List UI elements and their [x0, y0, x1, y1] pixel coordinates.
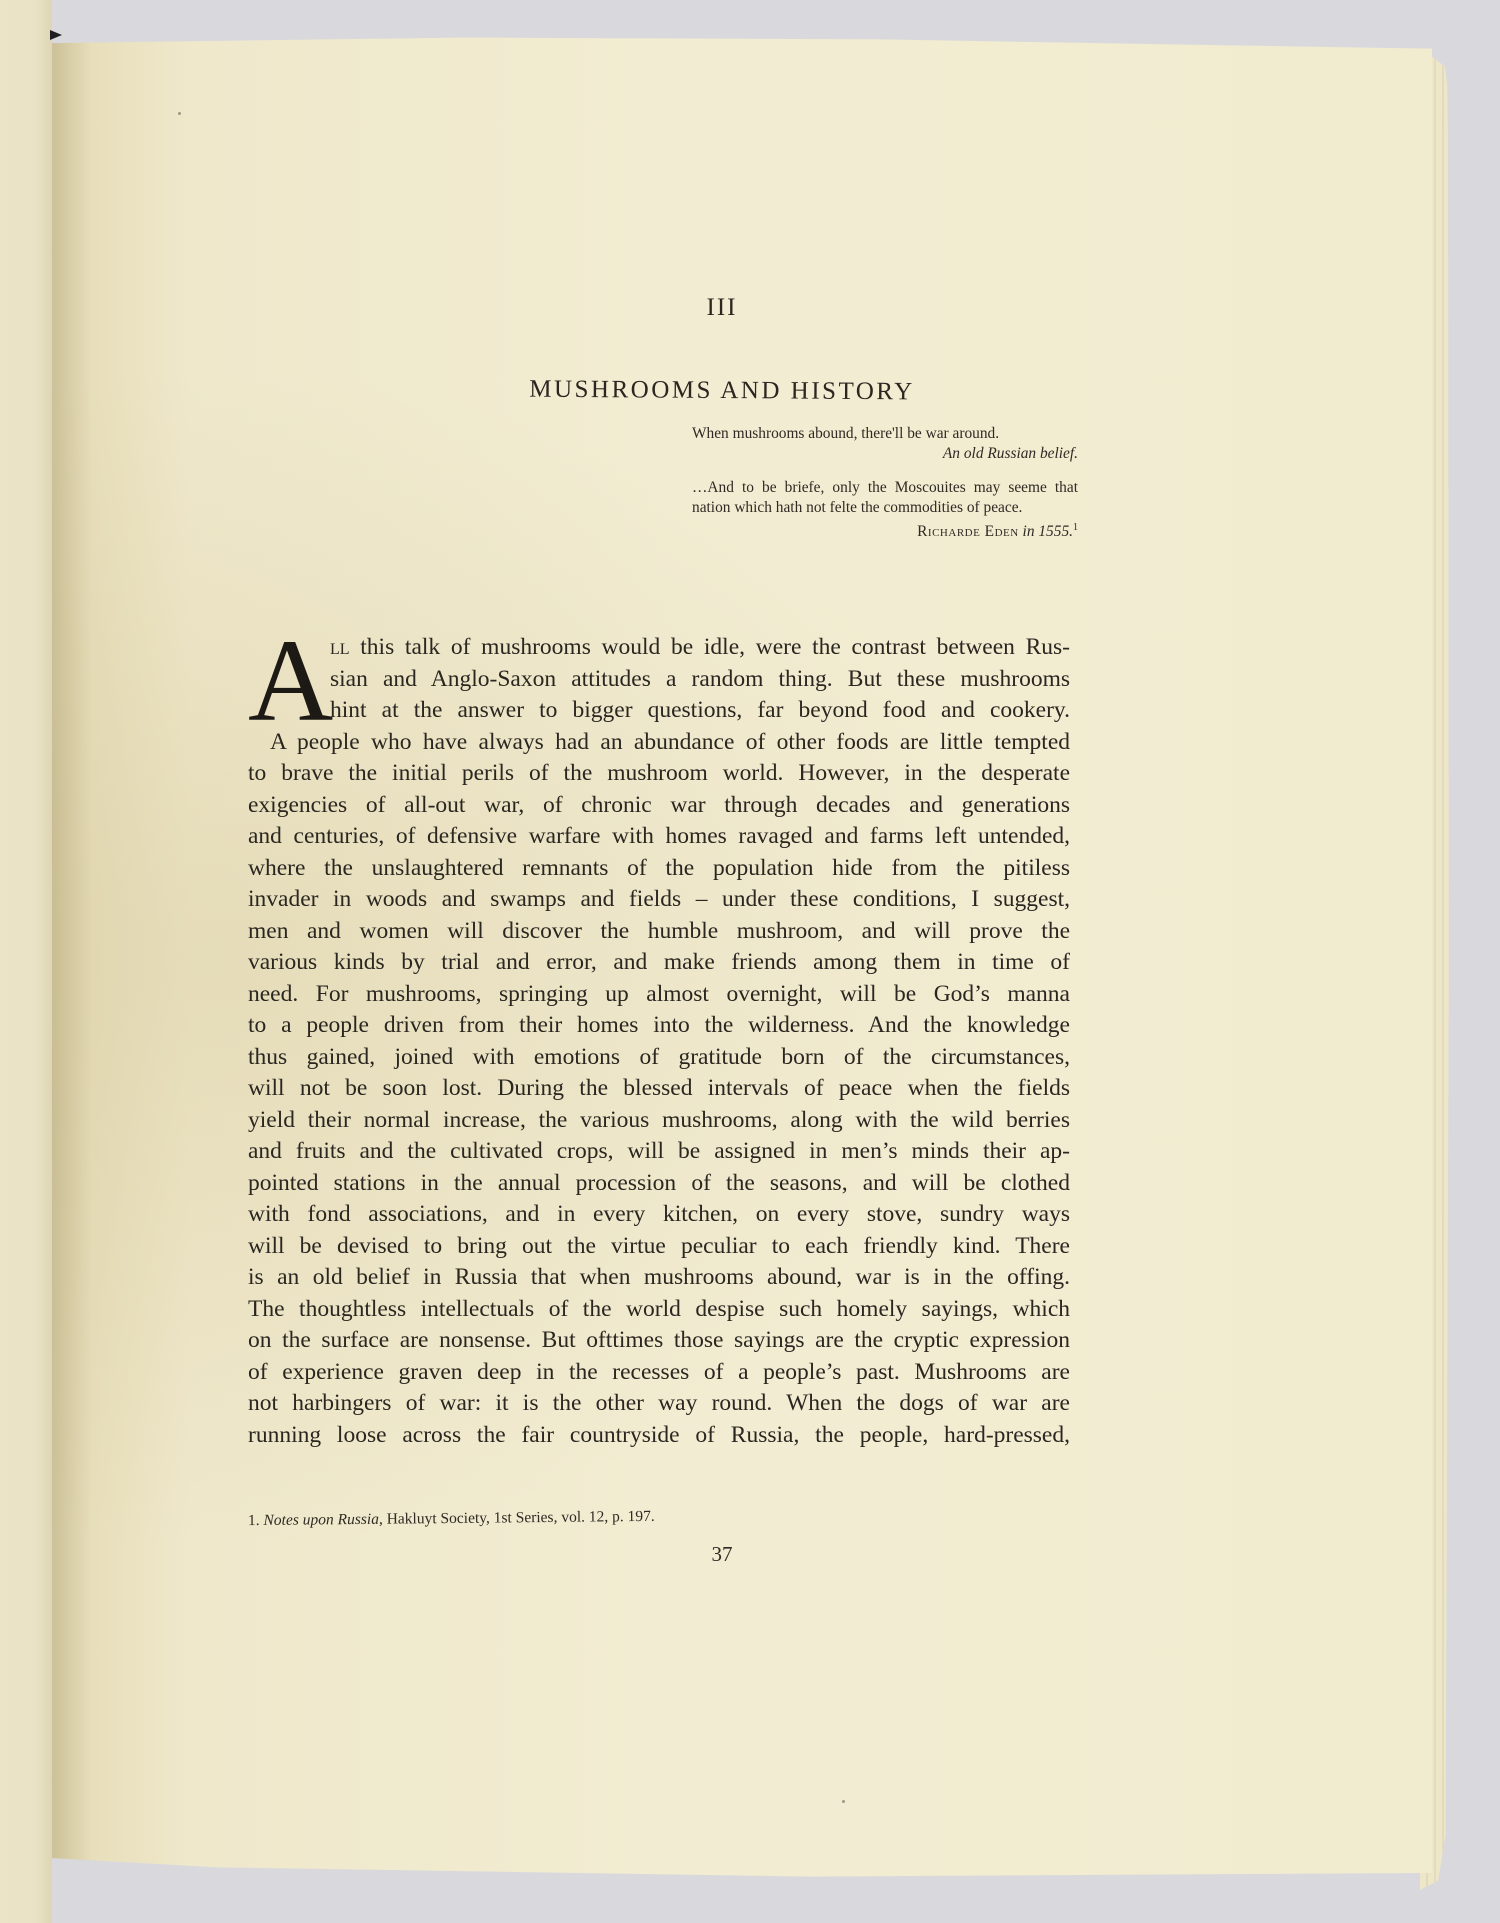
body-line: and centuries, of defensive warfare with… — [248, 821, 1070, 853]
body-line: pointed stations in the annual processio… — [248, 1168, 1070, 1200]
previous-page-edge — [0, 0, 52, 1923]
body-line: sian and Anglo-Saxon attitudes a random … — [248, 664, 1070, 696]
body-line: various kinds by trial and error, and ma… — [248, 947, 1070, 979]
paper-speck — [178, 112, 181, 115]
book-cover-corner — [50, 30, 62, 40]
body-line: A people who have always had an abundanc… — [248, 727, 1070, 759]
body-line: thus gained, joined with emotions of gra… — [248, 1042, 1070, 1074]
epigraph-quote-2-line: …And to be briefe, only the Moscouites m… — [692, 479, 1047, 496]
body-line: will not be soon lost. During the blesse… — [248, 1073, 1070, 1105]
body-line: not harbingers of war: it is the other w… — [248, 1388, 1070, 1420]
epigraph-attribution-2: Richarde Eden in 1555.1 — [692, 518, 1078, 542]
paper-speck — [842, 1800, 845, 1803]
book-page: III Mushrooms and History When mushrooms… — [52, 32, 1432, 1884]
body-line: hint at the answer to bigger questions, … — [248, 695, 1070, 727]
footnote-reference[interactable]: 1 — [1073, 522, 1078, 533]
body-line: where the unslaughtered remnants of the … — [248, 853, 1070, 885]
body-line: to brave the initial perils of the mushr… — [248, 758, 1070, 790]
attribution-year: in 1555. — [1023, 523, 1073, 540]
body-line: will be devised to bring out the virtue … — [248, 1231, 1070, 1263]
epigraph-quote-2: …And to be briefe, only the Moscouites m… — [692, 478, 1078, 518]
page-number: 37 — [52, 1542, 1392, 1567]
epigraph-quote-2-line: of peace. — [967, 499, 1023, 516]
epigraph-attribution-1: An old Russian belief. — [692, 444, 1078, 464]
body-line: on the surface are nonsense. But ofttime… — [248, 1325, 1070, 1357]
chapter-number: III — [52, 294, 1392, 322]
body-line: running loose across the fair countrysid… — [248, 1420, 1070, 1452]
body-line: is an old belief in Russia that when mus… — [248, 1262, 1070, 1294]
epigraph-quote-1: When mushrooms abound, there'll be war a… — [692, 424, 1078, 444]
epigraphs: When mushrooms abound, there'll be war a… — [692, 424, 1078, 556]
body-line: invader in woods and swamps and fields –… — [248, 884, 1070, 916]
footnote-text: , Hakluyt Society, 1st Series, vol. 12, … — [379, 1508, 655, 1528]
body-line: of experience graven deep in the recesse… — [248, 1357, 1070, 1389]
drop-cap: A — [248, 634, 333, 728]
body-line: The thoughtless intellectuals of the wor… — [248, 1294, 1070, 1326]
footnote: 1. Notes upon Russia, Hakluyt Society, 1… — [248, 1508, 655, 1530]
attribution-name: Richarde Eden — [917, 523, 1019, 540]
footnote-title: Notes upon Russia — [263, 1511, 379, 1529]
body-line: exigencies of all-out war, of chronic wa… — [248, 790, 1070, 822]
body-line: and fruits and the cultivated crops, wil… — [248, 1136, 1070, 1168]
body-paragraph: A ll this talk of mushrooms would be idl… — [248, 632, 1070, 1451]
body-line: ll this talk of mushrooms would be idle,… — [248, 632, 1070, 664]
opening-lines: A ll this talk of mushrooms would be idl… — [248, 632, 1070, 727]
body-line: to a people driven from their homes into… — [248, 1010, 1070, 1042]
body-line: men and women will discover the humble m… — [248, 916, 1070, 948]
body-line: with fond associations, and in every kit… — [248, 1199, 1070, 1231]
body-line: need. For mushrooms, springing up almost… — [248, 979, 1070, 1011]
chapter-title: Mushrooms and History — [52, 372, 1392, 409]
body-line: yield their normal increase, the various… — [248, 1105, 1070, 1137]
footnote-marker: 1. — [248, 1512, 260, 1529]
